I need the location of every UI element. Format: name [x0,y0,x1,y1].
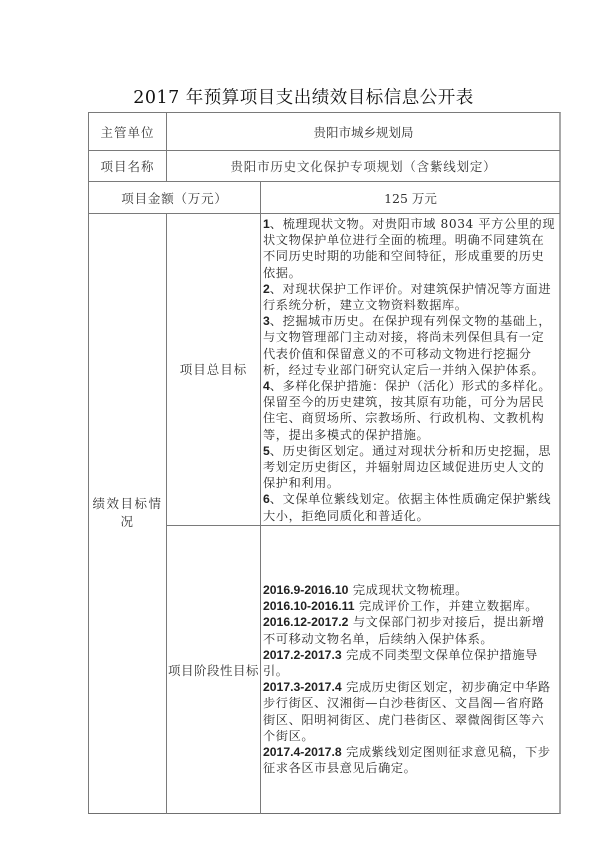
overall-goal-text: 1、梳理现状文物。对贵阳市域 8034 平方公里的现状文物保护单位进行全面的梳理… [263,216,557,524]
item-number: 4 [263,379,270,393]
overall-goal-label: 项目总目标 [167,359,260,379]
performance-goals-label: 绩效目标情况 [91,493,164,533]
column-divider [260,181,261,814]
row-divider [89,213,560,214]
phase-goal-item: 2016.9-2016.10 完成现状文物梳理。 [263,582,557,598]
item-number: 1 [263,217,270,231]
item-number: 2 [263,282,270,296]
competent-unit-label: 主管单位 [89,113,166,150]
item-text: 、文保单位紫线划定。依据主体性质确定保护紫线大小，拒绝同质化和普适化。 [263,492,551,522]
item-text: 、梳理现状文物。对贵阳市域 8034 平方公里的现状文物保护单位进行全面的梳理。… [263,217,555,280]
item-text: 、历史街区划定。通过对现状分析和历史挖掘，思考划定历史街区，并辐射周边区域促进历… [263,444,551,490]
project-amount-label: 项目金额（万元） [89,182,260,213]
row-divider [166,525,560,526]
item-text: 、多样化保护措施：保护（活化）形式的多样化。保留至今的历史建筑，按其原有功能，可… [263,379,551,442]
phase-goal-item: 2016.12-2017.2 与文保部门初步对接后，提出新增不可移动文物名单，后… [263,614,557,646]
phase-period: 2016.12-2017.2 [263,615,348,629]
item-text: 、挖掘城市历史。在保护现有列保文物的基础上，与文物管理部门主动对接，将尚未列保但… [263,314,551,377]
page-title: 2017 年预算项目支出绩效目标信息公开表 [0,84,607,109]
item-number: 5 [263,444,270,458]
phase-period: 2017.3-2017.4 [263,680,342,694]
phase-period: 2017.4-2017.8 [263,745,342,759]
phase-goal-item: 2017.4-2017.8 完成紫线划定图则征求意见稿，下步征求各区市县意见后确… [263,744,557,776]
phase-description: 完成现状文物梳理。 [348,583,468,597]
phase-goal-text: 2016.9-2016.10 完成现状文物梳理。2016.10-2016.11 … [263,582,557,776]
item-number: 6 [263,492,270,506]
overall-goal-item: 6、文保单位紫线划定。依据主体性质确定保护紫线大小，拒绝同质化和普适化。 [263,491,557,523]
column-divider [166,213,167,814]
phase-description: 完成评价工作，并建立数据库。 [355,599,539,613]
phase-goal-item: 2017.2-2017.3 完成不同类型文保单位保护措施导引。 [263,647,557,679]
project-name-label: 项目名称 [89,151,166,181]
item-text: 、对现状保护工作评价。对建筑保护情况等方面进行系统分析，建立文物资料数据库。 [263,282,551,312]
overall-goal-item: 3、挖掘城市历史。在保护现有列保文物的基础上，与文物管理部门主动对接，将尚未列保… [263,313,557,378]
overall-goal-item: 1、梳理现状文物。对贵阳市域 8034 平方公里的现状文物保护单位进行全面的梳理… [263,216,557,281]
project-name-value: 贵阳市历史文化保护专项规划（含紫线划定） [167,151,560,181]
phase-goal-label: 项目阶段性目标 [167,660,260,680]
overall-goal-item: 2、对现状保护工作评价。对建筑保护情况等方面进行系统分析，建立文物资料数据库。 [263,281,557,313]
project-amount-value: 125 万元 [261,182,560,213]
competent-unit-value: 贵阳市城乡规划局 [167,113,560,150]
overall-goal-item: 4、多样化保护措施：保护（活化）形式的多样化。保留至今的历史建筑，按其原有功能，… [263,378,557,443]
performance-table: 主管单位 贵阳市城乡规划局 项目名称 贵阳市历史文化保护专项规划（含紫线划定） … [88,112,561,814]
item-number: 3 [263,314,270,328]
phase-goal-item: 2016.10-2016.11 完成评价工作，并建立数据库。 [263,598,557,614]
phase-goal-item: 2017.3-2017.4 完成历史街区划定，初步确定中华路步行街区、汉湘街—白… [263,679,557,744]
performance-goals-label-text: 绩效目标情况 [91,495,164,531]
phase-period: 2016.9-2016.10 [263,583,348,597]
phase-period: 2017.2-2017.3 [263,648,342,662]
phase-period: 2016.10-2016.11 [263,599,355,613]
overall-goal-item: 5、历史街区划定。通过对现状分析和历史挖掘，思考划定历史街区，并辐射周边区域促进… [263,443,557,492]
